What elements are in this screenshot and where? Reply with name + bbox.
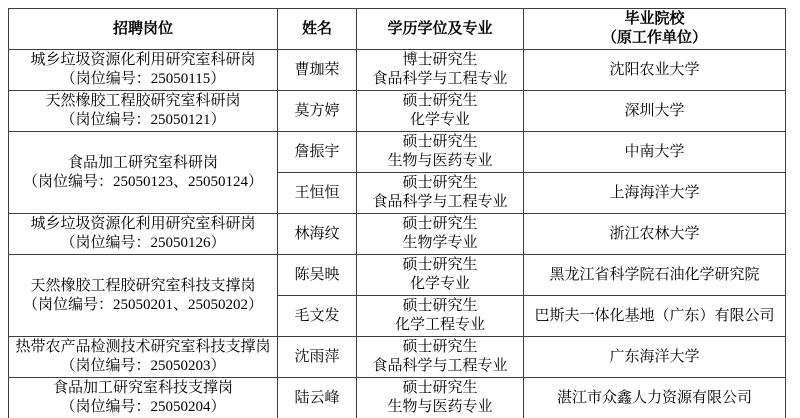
major-line: 化学专业 [359, 111, 521, 130]
table-row: 热带农产品检测技术研究室科技支撑岗（岗位编号：25050203）沈雨萍硕士研究生… [9, 337, 786, 378]
position-code: （岗位编号：25050201、25050202） [11, 296, 275, 315]
position-title: 天然橡胶工程胶研究室科研岗 [11, 92, 275, 111]
school-cell: 广东海洋大学 [524, 337, 786, 378]
position-code: （岗位编号：25050126） [11, 234, 275, 253]
school-cell: 深圳大学 [524, 91, 786, 132]
school-cell: 黑龙江省科学院石油化学研究院 [524, 255, 786, 296]
degree-line: 硕士研究生 [359, 92, 521, 111]
name-cell: 曹珈荣 [278, 50, 357, 91]
position-cell: 食品加工研究室科研岗（岗位编号：25050123、25050124） [9, 132, 278, 214]
position-code: （岗位编号：25050115） [11, 70, 275, 89]
major-line: 生物与医药专业 [359, 152, 521, 171]
degree-line: 博士研究生 [359, 51, 521, 70]
recruitment-table: 招聘岗位 姓名 学历学位及专业 毕业院校 （原工作单位） 城乡垃圾资源化利用研究… [8, 8, 786, 418]
position-title: 食品加工研究室科技支撑岗 [11, 379, 275, 398]
position-title: 城乡垃圾资源化利用研究室科研岗 [11, 51, 275, 70]
education-cell: 硕士研究生化学专业 [357, 255, 524, 296]
school-cell: 上海海洋大学 [524, 173, 786, 214]
degree-line: 硕士研究生 [359, 256, 521, 275]
major-line: 食品科学与工程专业 [359, 193, 521, 212]
major-line: 化学工程专业 [359, 316, 521, 335]
degree-line: 硕士研究生 [359, 338, 521, 357]
degree-line: 硕士研究生 [359, 174, 521, 193]
school-cell: 沈阳农业大学 [524, 50, 786, 91]
school-cell: 巴斯夫一体化基地（广东）有限公司 [524, 296, 786, 337]
position-title: 天然橡胶工程胶研究室科技支撑岗 [11, 277, 275, 296]
table-row: 城乡垃圾资源化利用研究室科研岗（岗位编号：25050126）林海纹硕士研究生生物… [9, 214, 786, 255]
position-code: （岗位编号：25050204） [11, 398, 275, 417]
position-title: 城乡垃圾资源化利用研究室科研岗 [11, 215, 275, 234]
position-title: 食品加工研究室科研岗 [11, 154, 275, 173]
education-cell: 硕士研究生化学专业 [357, 91, 524, 132]
name-cell: 陆云峰 [278, 378, 357, 418]
position-cell: 天然橡胶工程胶研究室科技支撑岗（岗位编号：25050201、25050202） [9, 255, 278, 337]
name-cell: 王恒恒 [278, 173, 357, 214]
name-cell: 陈吴映 [278, 255, 357, 296]
name-cell: 林海纹 [278, 214, 357, 255]
header-school-line1: 毕业院校 [526, 10, 783, 29]
table-row: 城乡垃圾资源化利用研究室科研岗（岗位编号：25050115）曹珈荣博士研究生食品… [9, 50, 786, 91]
position-cell: 城乡垃圾资源化利用研究室科研岗（岗位编号：25050115） [9, 50, 278, 91]
major-line: 化学专业 [359, 275, 521, 294]
position-title: 热带农产品检测技术研究室科技支撑岗 [11, 338, 275, 357]
name-cell: 毛文发 [278, 296, 357, 337]
position-cell: 城乡垃圾资源化利用研究室科研岗（岗位编号：25050126） [9, 214, 278, 255]
education-cell: 硕士研究生生物与医药专业 [357, 378, 524, 418]
school-cell: 湛江市众鑫人力资源有限公司 [524, 378, 786, 418]
education-cell: 硕士研究生生物学专业 [357, 214, 524, 255]
header-position: 招聘岗位 [9, 9, 278, 50]
major-line: 生物学专业 [359, 234, 521, 253]
table-row: 食品加工研究室科技支撑岗（岗位编号：25050204）陆云峰硕士研究生生物与医药… [9, 378, 786, 418]
degree-line: 硕士研究生 [359, 379, 521, 398]
degree-line: 硕士研究生 [359, 297, 521, 316]
school-cell: 中南大学 [524, 132, 786, 173]
position-cell: 天然橡胶工程胶研究室科研岗（岗位编号：25050121） [9, 91, 278, 132]
education-cell: 硕士研究生生物与医药专业 [357, 132, 524, 173]
name-cell: 沈雨萍 [278, 337, 357, 378]
header-name: 姓名 [278, 9, 357, 50]
table-row: 天然橡胶工程胶研究室科技支撑岗（岗位编号：25050201、25050202）陈… [9, 255, 786, 296]
degree-line: 硕士研究生 [359, 215, 521, 234]
major-line: 食品科学与工程专业 [359, 357, 521, 376]
major-line: 生物与医药专业 [359, 398, 521, 417]
education-cell: 硕士研究生食品科学与工程专业 [357, 173, 524, 214]
position-code: （岗位编号：25050121） [11, 111, 275, 130]
education-cell: 博士研究生食品科学与工程专业 [357, 50, 524, 91]
header-row: 招聘岗位 姓名 学历学位及专业 毕业院校 （原工作单位） [9, 9, 786, 50]
education-cell: 硕士研究生化学工程专业 [357, 296, 524, 337]
degree-line: 硕士研究生 [359, 133, 521, 152]
position-code: （岗位编号：25050123、25050124） [11, 173, 275, 192]
major-line: 食品科学与工程专业 [359, 70, 521, 89]
header-education: 学历学位及专业 [357, 9, 524, 50]
header-school: 毕业院校 （原工作单位） [524, 9, 786, 50]
name-cell: 詹振宇 [278, 132, 357, 173]
header-school-line2: （原工作单位） [526, 29, 783, 48]
table-row: 天然橡胶工程胶研究室科研岗（岗位编号：25050121）莫方婷硕士研究生化学专业… [9, 91, 786, 132]
position-cell: 食品加工研究室科技支撑岗（岗位编号：25050204） [9, 378, 278, 418]
position-code: （岗位编号：25050203） [11, 357, 275, 376]
position-cell: 热带农产品检测技术研究室科技支撑岗（岗位编号：25050203） [9, 337, 278, 378]
name-cell: 莫方婷 [278, 91, 357, 132]
education-cell: 硕士研究生食品科学与工程专业 [357, 337, 524, 378]
table-row: 食品加工研究室科研岗（岗位编号：25050123、25050124）詹振宇硕士研… [9, 132, 786, 173]
school-cell: 浙江农林大学 [524, 214, 786, 255]
